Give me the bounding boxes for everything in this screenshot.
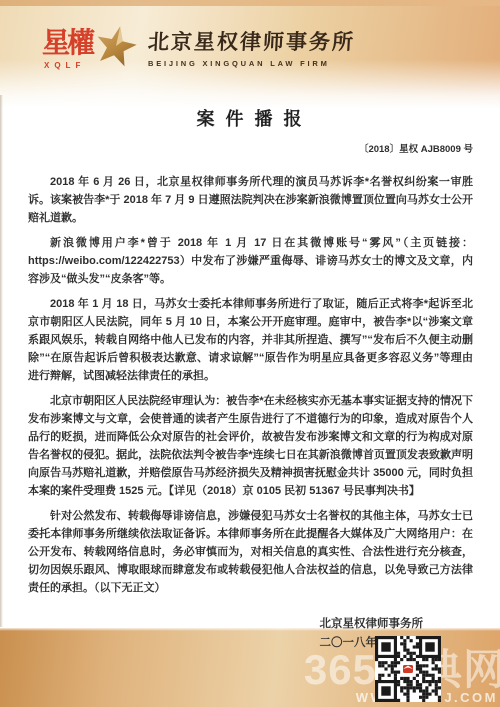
logo-acronym: XQLF: [44, 61, 85, 70]
paragraph-3: 2018 年 1 月 18 日，马苏女士委托本律师事务所进行了取证，随后正式将李…: [28, 295, 473, 385]
firm-name-cn: 北京星权律师事务所: [147, 26, 356, 56]
firm-name-en: BEIJING XINGQUAN LAW FIRM: [148, 59, 355, 68]
doc-number: 〔2018〕星权 AJB8009 号: [28, 141, 473, 155]
letterhead: 星權 XQLF 北京星权律师事务所 BEIJING: [42, 24, 355, 70]
paragraph-1: 2018 年 6 月 26 日，北京星权律师事务所代理的演员马苏诉李*名誉权纠纷…: [28, 173, 473, 227]
paragraph-4: 北京市朝阳区人民法院经审理认为：被告李*在未经核实亦无基本事实证据支持的情况下发…: [28, 392, 473, 500]
page-left-edge-shadow: [0, 95, 3, 627]
firm-name-block: 北京星权律师事务所 BEIJING XINGQUAN LAW FIRM: [148, 24, 355, 68]
firm-logo: 星權 XQLF: [42, 24, 138, 70]
case-title: 案 件 播 报: [28, 105, 473, 131]
signature-date: 二〇一八年七月九日: [28, 634, 423, 653]
qr-code: [375, 636, 441, 702]
case-report-page: 星權 XQLF 北京星权律师事务所 BEIJING: [0, 0, 500, 707]
star-icon: [94, 24, 138, 68]
signature-firm: 北京星权律师事务所: [28, 615, 423, 634]
paragraph-2: 新浪微博用户李*曾于 2018 年 1 月 17 日在其微博账号“雾风”（主页链…: [28, 234, 473, 288]
document-body: 案 件 播 报 〔2018〕星权 AJB8009 号 2018 年 6 月 26…: [28, 0, 473, 653]
paragraph-5: 针对公然发布、转载侮辱诽谤信息，涉嫌侵犯马苏女士名誉权的其他主体，马苏女士已委托…: [28, 507, 473, 597]
logo-seal-text: 星權: [42, 21, 92, 61]
